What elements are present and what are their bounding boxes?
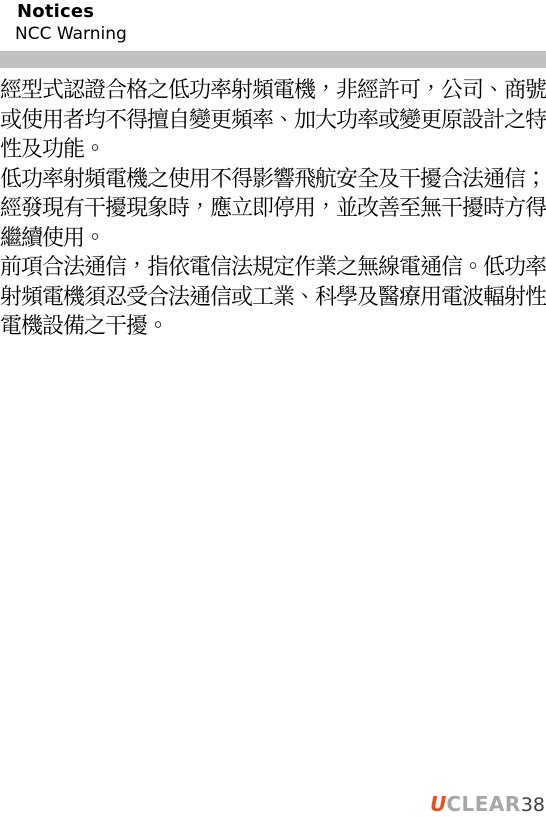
page-footer: UCLEAR38: [430, 794, 545, 815]
notice-line: 性及功能。: [0, 135, 546, 165]
page-number: 38: [521, 794, 545, 816]
logo-letters-clear: CLEAR: [446, 792, 520, 816]
manual-page: Notices NCC Warning 經型式認證合格之低功率射頻電機，非經許可…: [0, 0, 546, 818]
notice-line: 電機設備之干擾。: [0, 312, 546, 342]
page-title: Notices: [17, 1, 127, 23]
page-subtitle: NCC Warning: [15, 24, 127, 45]
notice-line: 或使用者均不得擅自變更頻率、加大功率或變更原設計之特: [0, 106, 546, 136]
notice-line: 射頻電機須忍受合法通信或工業、科學及醫療用電波輻射性: [0, 283, 546, 313]
notice-line: 前項合法通信，指依電信法規定作業之無線電通信。低功率: [0, 253, 546, 283]
notice-line: 經型式認證合格之低功率射頻電機，非經許可，公司、商號: [0, 76, 546, 106]
ncc-warning-text: 經型式認證合格之低功率射頻電機，非經許可，公司、商號 或使用者均不得擅自變更頻率…: [0, 76, 546, 342]
uclear-logo: UCLEAR: [430, 792, 521, 816]
notice-line: 繼續使用。: [0, 224, 546, 254]
notice-line: 低功率射頻電機之使用不得影響飛航安全及干擾合法通信；: [0, 165, 546, 195]
page-header: Notices NCC Warning: [15, 1, 127, 45]
section-divider-bar: [0, 51, 546, 68]
notice-line: 經發現有干擾現象時，應立即停用，並改善至無干擾時方得: [0, 194, 546, 224]
logo-letter-u: U: [430, 792, 446, 816]
